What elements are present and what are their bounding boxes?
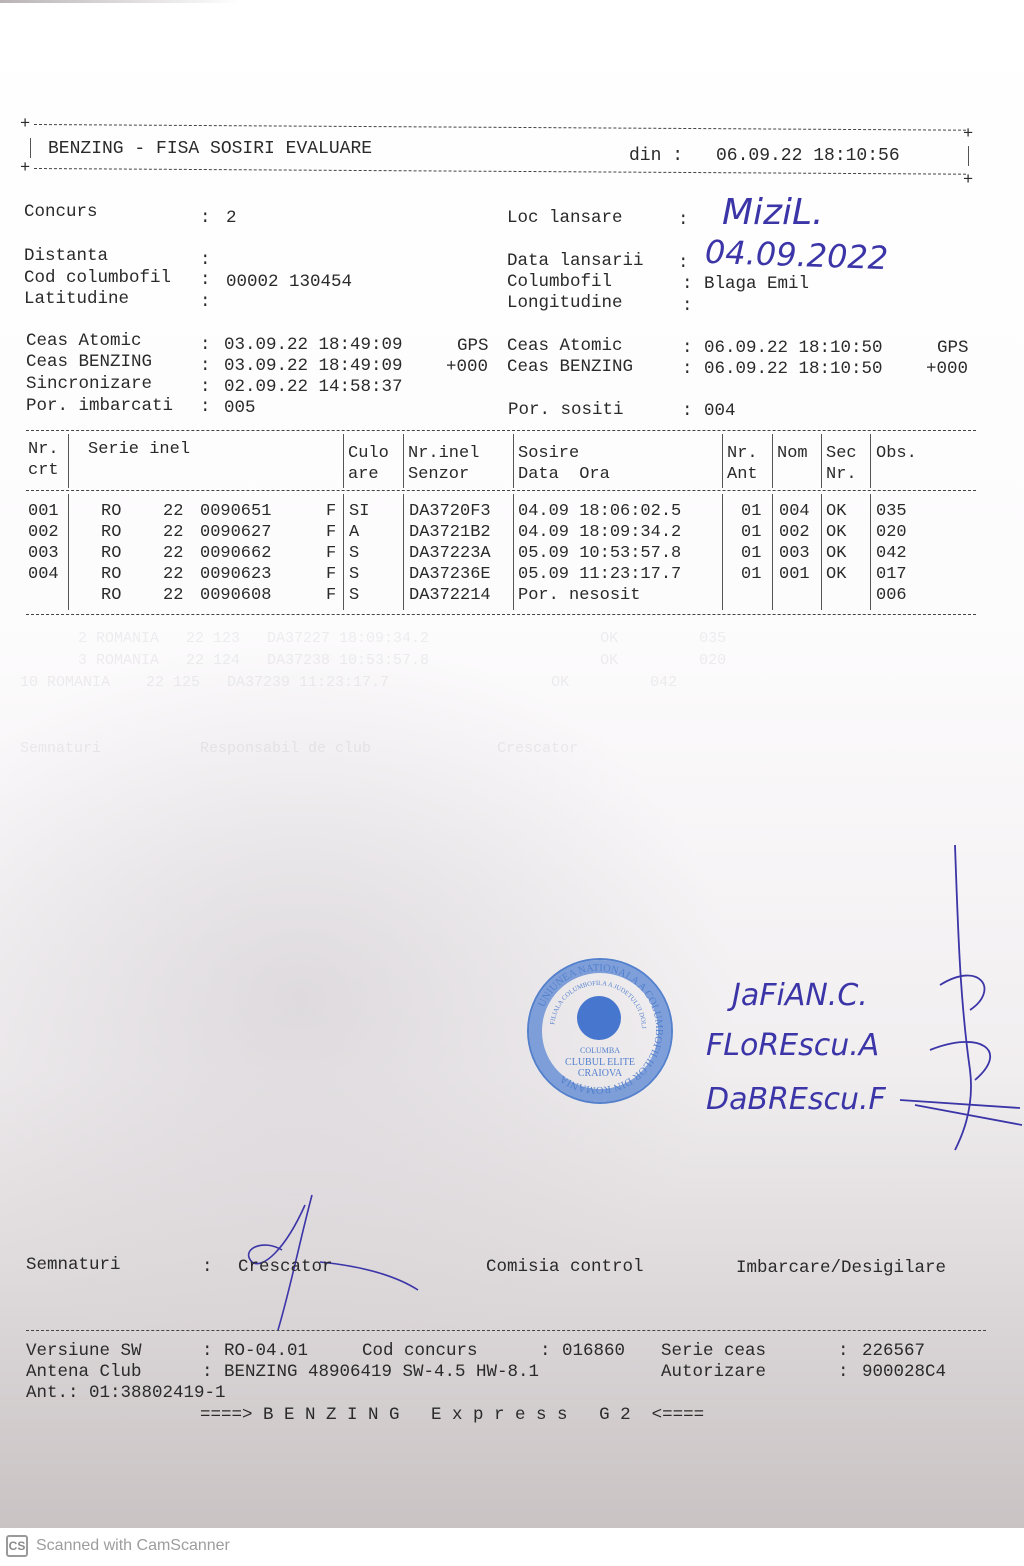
antena-club-value: BENZING 48906419 SW-4.5 HW-8.1 — [224, 1362, 539, 1383]
cod-concurs-value: 016860 — [562, 1341, 625, 1362]
serie-ceas-label: Serie ceas — [661, 1341, 766, 1362]
colon: : — [838, 1362, 849, 1383]
colon: : — [202, 1257, 213, 1278]
imbarcare-desigilare-label: Imbarcare/Desigilare — [736, 1258, 946, 1279]
signature-scribbles — [0, 0, 1024, 1566]
crescator-label: Crescator — [238, 1257, 333, 1278]
versiune-sw-label: Versiune SW — [26, 1341, 142, 1362]
semnaturi-label: Semnaturi — [26, 1255, 121, 1276]
colon: : — [540, 1341, 551, 1362]
scanner-watermark-bar: CS Scanned with CamScanner — [0, 1528, 1024, 1566]
camscanner-logo-icon: CS — [6, 1535, 28, 1557]
autorizare-label: Autorizare — [661, 1362, 766, 1383]
colon: : — [202, 1341, 213, 1362]
cod-concurs-label: Cod concurs — [362, 1341, 478, 1362]
comisia-control-label: Comisia control — [486, 1257, 644, 1278]
colon: : — [838, 1341, 849, 1362]
ant-line: Ant.: 01:38802419-1 — [26, 1383, 226, 1404]
benzing-express-banner: ====> B E N Z I N G E x p r e s s G 2 <=… — [200, 1405, 704, 1426]
serie-ceas-value: 226567 — [862, 1341, 925, 1362]
antena-club-label: Antena Club — [26, 1362, 142, 1383]
footer-divider — [26, 1330, 986, 1331]
camscanner-text: Scanned with CamScanner — [36, 1537, 230, 1555]
autorizare-value: 900028C4 — [862, 1362, 946, 1383]
versiune-sw-value: RO-04.01 — [224, 1341, 308, 1362]
colon: : — [202, 1362, 213, 1383]
